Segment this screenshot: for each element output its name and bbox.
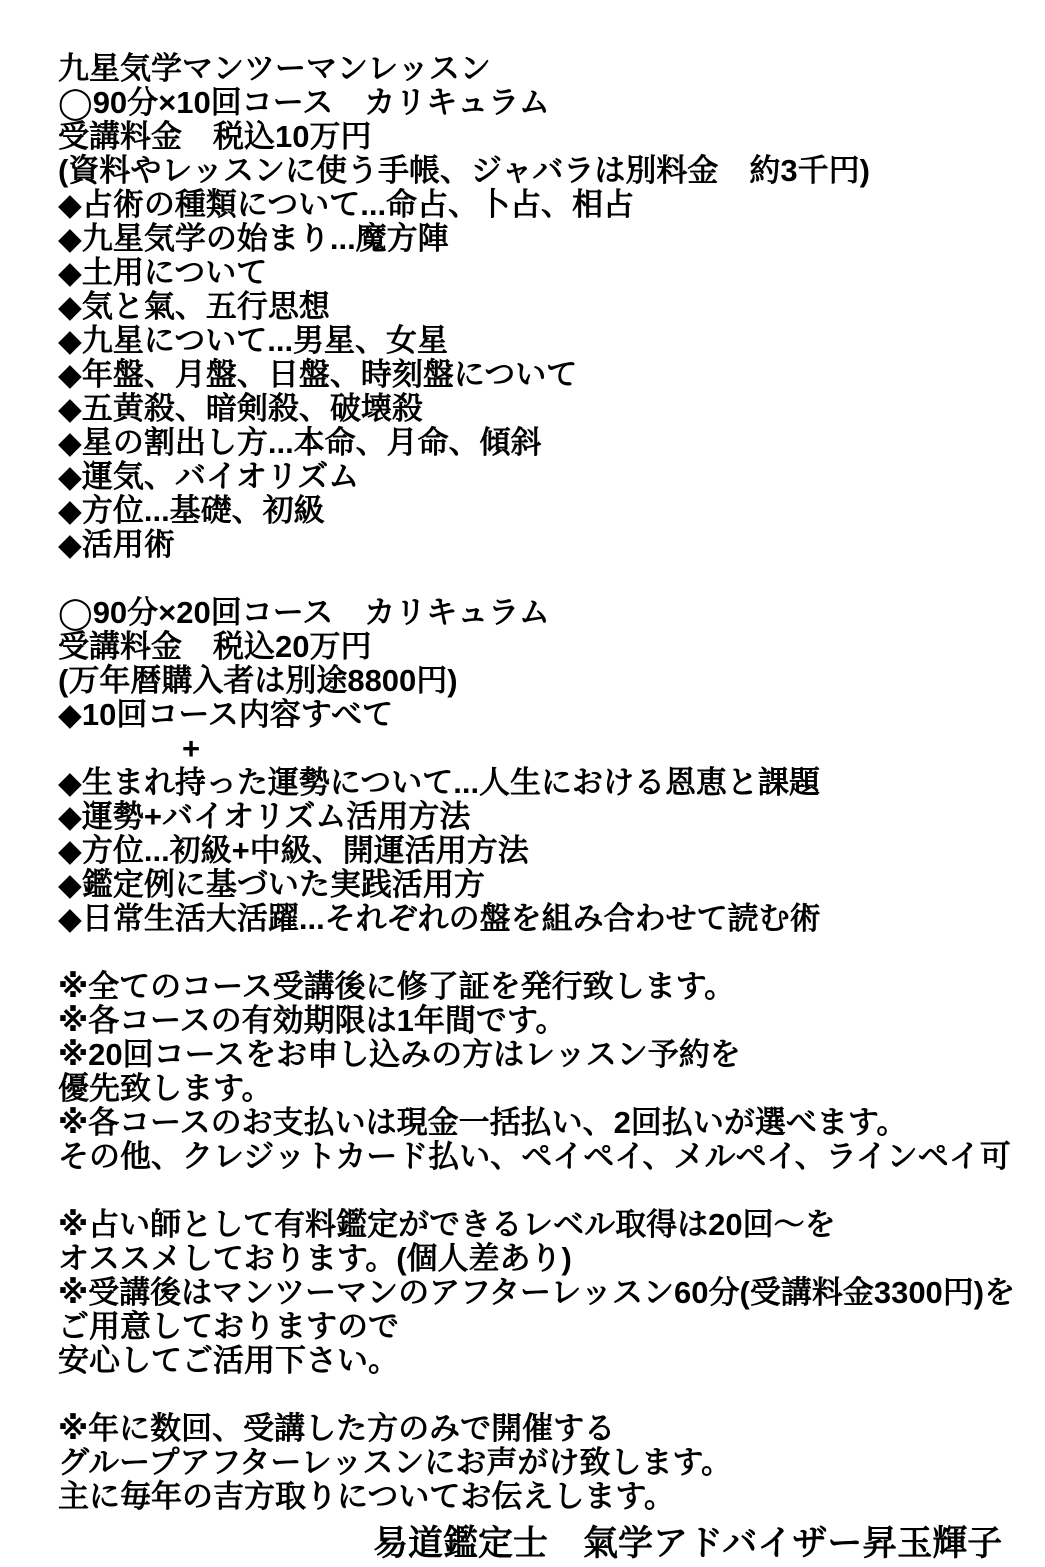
text-line: ※全てのコース受講後に修了証を発行致します。 (58, 970, 1037, 1004)
course-10-fee-note: (資料やレッスンに使う手帳、ジャバラは別料金 約3千円) (58, 154, 1037, 188)
course-20-item-list: ◆生まれ持った運勢について...人生における恩恵と課題◆運勢+バイオリズム活用方… (58, 766, 1037, 936)
text-line: オススメしております。(個人差あり) (58, 1242, 1037, 1276)
notes-level-section: ※占い師として有料鑑定ができるレベル取得は20回〜をオススメしております。(個人… (58, 1208, 1037, 1378)
text-line: ※各コースのお支払いは現金一括払い、2回払いが選べます。 (58, 1106, 1037, 1140)
text-line: グループアフターレッスンにお声がけ致します。 (58, 1446, 1037, 1480)
text-line: ◆気と氣、五行思想 (58, 290, 1037, 324)
text-line: 主に毎年の吉方取りについてお伝えします。 (58, 1480, 1037, 1514)
course-10-item-list: ◆占術の種類について...命占、卜占、相占◆九星気学の始まり...魔方陣◆土用に… (58, 188, 1037, 562)
text-line: ご用意しておりますので (58, 1310, 1037, 1344)
lesson-flyer-page: 九星気学マンツーマンレッスン ◯90分×10回コース カリキュラム 受講料金 税… (0, 0, 1045, 1567)
text-line: ◆年盤、月盤、日盤、時刻盤について (58, 358, 1037, 392)
text-line: ◆鑑定例に基づいた実践活用方 (58, 868, 1037, 902)
notes-certificate-list: ※全てのコース受講後に修了証を発行致します。※各コースの有効期限は1年間です。※… (58, 970, 1037, 1174)
spacer (58, 1174, 1037, 1208)
text-line: ※占い師として有料鑑定ができるレベル取得は20回〜を (58, 1208, 1037, 1242)
text-line: ◆九星気学の始まり...魔方陣 (58, 222, 1037, 256)
text-line: ◆方位...基礎、初級 (58, 494, 1037, 528)
text-line: ◆活用術 (58, 528, 1037, 562)
spacer (58, 936, 1037, 970)
notes-certificate-section: ※全てのコース受講後に修了証を発行致します。※各コースの有効期限は1年間です。※… (58, 970, 1037, 1174)
text-line: 安心してご活用下さい。 (58, 1344, 1037, 1378)
notes-group-list: ※年に数回、受講した方のみで開催するグループアフターレッスンにお声がけ致します。… (58, 1412, 1037, 1514)
course-20-section: ◯90分×20回コース カリキュラム 受講料金 税込20万円 (万年暦購入者は別… (58, 596, 1037, 936)
course-10-section: ◯90分×10回コース カリキュラム 受講料金 税込10万円 (資料やレッスンに… (58, 86, 1037, 562)
notes-level-list: ※占い師として有料鑑定ができるレベル取得は20回〜をオススメしております。(個人… (58, 1208, 1037, 1378)
course-20-fee-note: (万年暦購入者は別途8800円) (58, 664, 1037, 698)
text-line: ◆五黄殺、暗剣殺、破壊殺 (58, 392, 1037, 426)
text-line: ※年に数回、受講した方のみで開催する (58, 1412, 1037, 1446)
text-line: ※各コースの有効期限は1年間です。 (58, 1004, 1037, 1038)
text-line: ◆方位...初級+中級、開運活用方法 (58, 834, 1037, 868)
text-line: ◆土用について (58, 256, 1037, 290)
plus-sign: + (58, 732, 1037, 766)
course-10-fee: 受講料金 税込10万円 (58, 120, 1037, 154)
text-line: その他、クレジットカード払い、ペイペイ、メルペイ、ラインペイ可 (58, 1140, 1037, 1174)
text-line: ◆九星について...男星、女星 (58, 324, 1037, 358)
text-line: ※受講後はマンツーマンのアフターレッスン60分(受講料金3300円)を (58, 1276, 1037, 1310)
page-title: 九星気学マンツーマンレッスン (58, 52, 1037, 86)
text-line: ◆運勢+バイオリズム活用方法 (58, 800, 1037, 834)
course-20-fee: 受講料金 税込20万円 (58, 630, 1037, 664)
text-line: ◆日常生活大活躍...それぞれの盤を組み合わせて読む術 (58, 902, 1037, 936)
course-20-heading: ◯90分×20回コース カリキュラム (58, 596, 1037, 630)
text-line: ◆生まれ持った運勢について...人生における恩恵と課題 (58, 766, 1037, 800)
course-10-heading: ◯90分×10回コース カリキュラム (58, 86, 1037, 120)
spacer (58, 1378, 1037, 1412)
course-20-includes: ◆10回コース内容すべて (58, 698, 1037, 732)
text-line: 優先致します。 (58, 1072, 1037, 1106)
notes-group-section: ※年に数回、受講した方のみで開催するグループアフターレッスンにお声がけ致します。… (58, 1412, 1037, 1514)
text-line: ◆占術の種類について...命占、卜占、相占 (58, 188, 1037, 222)
text-line: ◆星の割出し方...本命、月命、傾斜 (58, 426, 1037, 460)
text-line: ※20回コースをお申し込みの方はレッスン予約を (58, 1038, 1037, 1072)
spacer (58, 562, 1037, 596)
text-line: ◆運気、バイオリズム (58, 460, 1037, 494)
signature: 易道鑑定士 氣学アドバイザー昇玉輝子 (373, 1522, 1037, 1566)
